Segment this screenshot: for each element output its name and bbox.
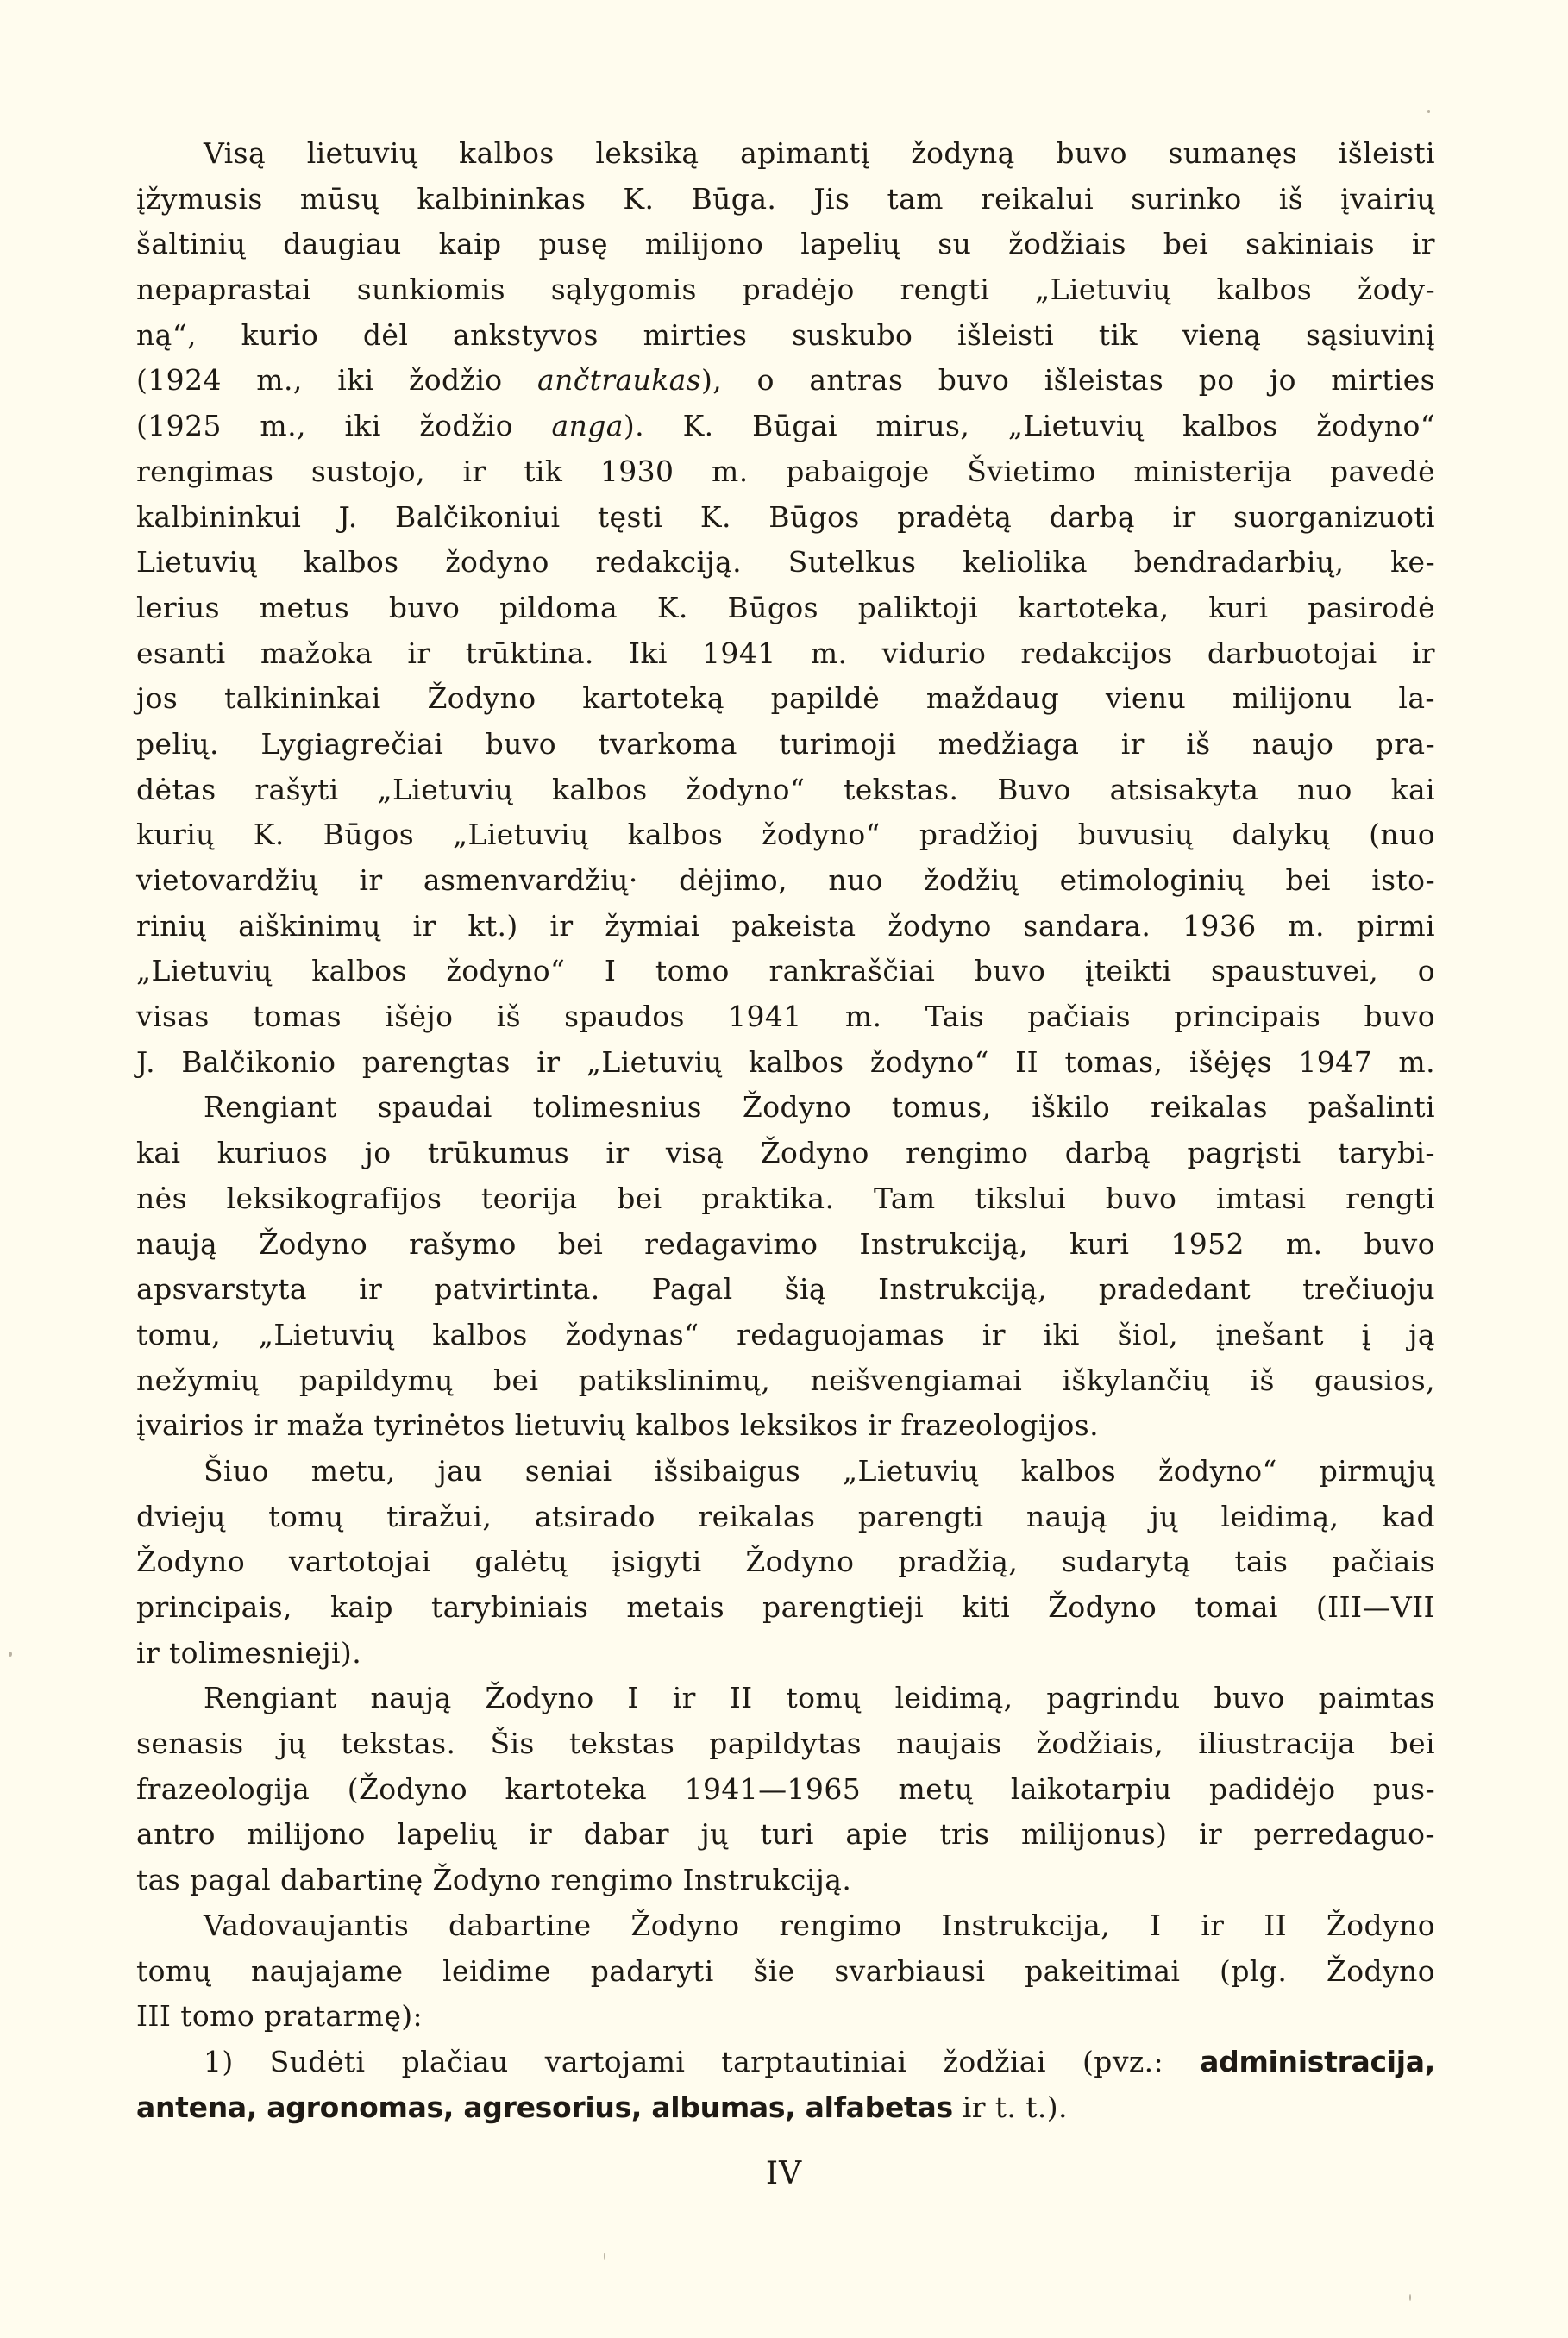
text-line: senasis jų tekstas. Šis tekstas papildyt… [136, 1721, 1435, 1767]
text-span: ), o antras buvo išleistas po jo mirties [701, 363, 1435, 397]
page-number: IV [0, 2156, 1568, 2191]
text-line: Šiuo metu, jau seniai išsibaigus „Lietuv… [136, 1449, 1435, 1495]
text-line: (1924 m., iki žodžio ančtraukas), o antr… [136, 358, 1435, 404]
text-line: nepaprastai sunkiomis sąlygomis pradėjo … [136, 267, 1435, 313]
text-span: ). K. Būgai mirus, „Lietuvių kalbos žody… [624, 409, 1435, 442]
italic-headword: anga [552, 409, 624, 442]
paper-speck [9, 1652, 12, 1657]
text-line: naują Žodyno rašymo bei redagavimo Instr… [136, 1222, 1435, 1268]
text-line: apsvarstyta ir patvirtinta. Pagal šią In… [136, 1267, 1435, 1313]
paragraph-history: Visą lietuvių kalbos leksiką apimantį žo… [136, 131, 1435, 1085]
text-line: principais, kaip tarybiniais metais pare… [136, 1585, 1435, 1631]
text-line: tomu, „Lietuvių kalbos žodynas“ redaguoj… [136, 1313, 1435, 1358]
bold-example: antena, agronomas, agresorius, albumas, … [136, 2090, 953, 2124]
text-line: lerius metus buvo pildoma K. Būgos palik… [136, 586, 1435, 631]
bold-example: administracija, [1200, 2045, 1435, 2078]
text-line: kurių K. Būgos „Lietuvių kalbos žodyno“ … [136, 812, 1435, 858]
text-line: rengimas sustojo, ir tik 1930 m. pabaigo… [136, 449, 1435, 495]
text-line: dėtas rašyti „Lietuvių kalbos žodyno“ te… [136, 768, 1435, 813]
text-line: pelių. Lygiagrečiai buvo tvarkoma turimo… [136, 722, 1435, 768]
text-line: kai kuriuos jo trūkumus ir visą Žodyno r… [136, 1131, 1435, 1176]
paragraph-changes: Vadovaujantis dabartine Žodyno rengimo I… [136, 1903, 1435, 2040]
text-line: šaltinių daugiau kaip pusę milijono lape… [136, 222, 1435, 267]
text-line: rinių aiškinimų ir kt.) ir žymiai pakeis… [136, 904, 1435, 950]
text-line: įžymusis mūsų kalbininkas K. Būga. Jis t… [136, 177, 1435, 223]
paragraph-new-edition: Šiuo metu, jau seniai išsibaigus „Lietuv… [136, 1449, 1435, 1676]
text-line: antro milijono lapelių ir dabar jų turi … [136, 1812, 1435, 1858]
paper-speck [604, 2253, 605, 2260]
text-line: nės leksikografijos teorija bei praktika… [136, 1176, 1435, 1222]
text-line: (1925 m., iki žodžio anga). K. Būgai mir… [136, 404, 1435, 449]
text-line: J. Balčikonio parengtas ir „Lietuvių kal… [136, 1040, 1435, 1086]
text-line: frazeologija (Žodyno kartoteka 1941—1965… [136, 1767, 1435, 1813]
paragraph-instruction: Rengiant spaudai tolimesnius Žodyno tomu… [136, 1085, 1435, 1449]
text-line: visas tomas išėjo iš spaudos 1941 m. Tai… [136, 994, 1435, 1040]
text-line: tas pagal dabartinę Žodyno rengimo Instr… [136, 1858, 1435, 1903]
text-span: 1) Sudėti plačiau vartojami tarptautinia… [204, 2045, 1200, 2078]
text-line: įvairios ir maža tyrinėtos lietuvių kalb… [136, 1403, 1435, 1449]
text-line: Rengiant spaudai tolimesnius Žodyno tomu… [136, 1085, 1435, 1131]
text-line: Žodyno vartotojai galėtų įsigyti Žodyno … [136, 1539, 1435, 1585]
text-line: 1) Sudėti plačiau vartojami tarptautinia… [136, 2040, 1435, 2085]
text-span: (1924 m., iki žodžio [136, 363, 537, 397]
text-line: dviejų tomų tiražui, atsirado reikalas p… [136, 1495, 1435, 1540]
paper-speck [1409, 2294, 1411, 2301]
text-line: tomų naujajame leidime padaryti šie svar… [136, 1949, 1435, 1995]
italic-headword: ančtraukas [537, 363, 701, 397]
text-line: vietovardžių ir asmenvardžių· dėjimo, nu… [136, 858, 1435, 904]
text-span: (1925 m., iki žodžio [136, 409, 552, 442]
text-line: jos talkininkai Žodyno kartoteką papildė… [136, 676, 1435, 722]
text-line: III tomo pratarmę): [136, 1994, 1435, 2040]
text-line: ir tolimesnieji). [136, 1631, 1435, 1677]
paragraph-old-text: Rengiant naują Žodyno I ir II tomų leidi… [136, 1676, 1435, 1902]
text-line: Rengiant naują Žodyno I ir II tomų leidi… [136, 1676, 1435, 1721]
text-line: Vadovaujantis dabartine Žodyno rengimo I… [136, 1903, 1435, 1949]
paper-speck [1427, 110, 1430, 113]
text-line: kalbininkui J. Balčikoniui tęsti K. Būgo… [136, 495, 1435, 541]
document-page: Visą lietuvių kalbos leksiką apimantį žo… [136, 131, 1435, 2130]
text-line: „Lietuvių kalbos žodyno“ I tomo rankrašč… [136, 949, 1435, 994]
list-item-1: 1) Sudėti plačiau vartojami tarptautinia… [136, 2040, 1435, 2130]
text-span: ir t. t.). [953, 2090, 1068, 2124]
text-line: Visą lietuvių kalbos leksiką apimantį žo… [136, 131, 1435, 177]
text-line: antena, agronomas, agresorius, albumas, … [136, 2085, 1435, 2131]
text-line: esanti mažoka ir trūktina. Iki 1941 m. v… [136, 631, 1435, 677]
text-line: ną“, kurio dėl ankstyvos mirties suskubo… [136, 313, 1435, 359]
text-line: Lietuvių kalbos žodyno redakciją. Sutelk… [136, 540, 1435, 586]
text-line: nežymių papildymų bei patikslinimų, neiš… [136, 1358, 1435, 1404]
